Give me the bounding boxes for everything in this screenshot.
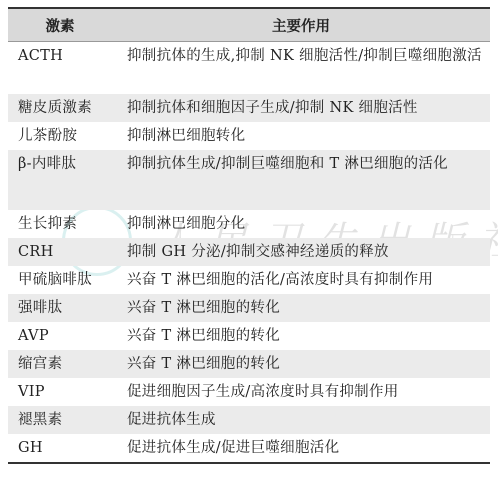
hormone-cell: 糖皮质激素	[8, 94, 112, 122]
effect-cell: 兴奋 T 淋巴细胞的转化	[112, 322, 490, 350]
hormone-cell: 缩宫素	[8, 350, 112, 378]
hormone-cell: AVP	[8, 322, 112, 350]
table-row: ACTH 抑制抗体的生成,抑制 NK 细胞活性/抑制巨噬细胞激活	[8, 42, 490, 95]
table-row: 甲硫脑啡肽 兴奋 T 淋巴细胞的活化/高浓度时具有抑制作用	[8, 266, 490, 294]
hormone-cell: β-内啡肽	[8, 150, 112, 210]
hormone-cell: 生长抑素	[8, 210, 112, 238]
table-row: 强啡肽 兴奋 T 淋巴细胞的转化	[8, 294, 490, 322]
table-row: β-内啡肽 抑制抗体生成/抑制巨噬细胞和 T 淋巴细胞的活化	[8, 150, 490, 210]
effect-cell: 抑制淋巴细胞分化	[112, 210, 490, 238]
hormone-cell: CRH	[8, 238, 112, 266]
effect-cell: 兴奋 T 淋巴细胞的转化	[112, 350, 490, 378]
effect-cell: 兴奋 T 淋巴细胞的活化/高浓度时具有抑制作用	[112, 266, 490, 294]
effect-cell: 抑制淋巴细胞转化	[112, 122, 490, 150]
effect-cell: 抑制 GH 分泌/抑制交感神经递质的释放	[112, 238, 490, 266]
table-row: 儿茶酚胺 抑制淋巴细胞转化	[8, 122, 490, 150]
hormone-cell: GH	[8, 434, 112, 463]
effect-cell: 抑制抗体的生成,抑制 NK 细胞活性/抑制巨噬细胞激活	[112, 42, 490, 95]
effect-cell: 促进抗体生成/促进巨噬细胞活化	[112, 434, 490, 463]
table-row: 缩宫素 兴奋 T 淋巴细胞的转化	[8, 350, 490, 378]
hormone-cell: 甲硫脑啡肽	[8, 266, 112, 294]
table-row: 褪黑素 促进抗体生成	[8, 406, 490, 434]
hormone-cell: ACTH	[8, 42, 112, 95]
hormone-immune-effects-table: 激素 主要作用 ACTH 抑制抗体的生成,抑制 NK 细胞活性/抑制巨噬细胞激活…	[8, 7, 490, 464]
table-row: GH 促进抗体生成/促进巨噬细胞活化	[8, 434, 490, 463]
effect-cell: 抑制抗体生成/抑制巨噬细胞和 T 淋巴细胞的活化	[112, 150, 490, 210]
table-row: VIP 促进细胞因子生成/高浓度时具有抑制作用	[8, 378, 490, 406]
effect-cell: 抑制抗体和细胞因子生成/抑制 NK 细胞活性	[112, 94, 490, 122]
hormone-cell: VIP	[8, 378, 112, 406]
table-header-row: 激素 主要作用	[8, 8, 490, 42]
hormone-cell: 褪黑素	[8, 406, 112, 434]
table-row: AVP 兴奋 T 淋巴细胞的转化	[8, 322, 490, 350]
table-row: CRH 抑制 GH 分泌/抑制交感神经递质的释放	[8, 238, 490, 266]
effect-cell: 兴奋 T 淋巴细胞的转化	[112, 294, 490, 322]
effect-cell: 促进细胞因子生成/高浓度时具有抑制作用	[112, 378, 490, 406]
hormone-cell: 强啡肽	[8, 294, 112, 322]
column-header-hormone: 激素	[8, 8, 112, 42]
table-row: 糖皮质激素 抑制抗体和细胞因子生成/抑制 NK 细胞活性	[8, 94, 490, 122]
effect-cell: 促进抗体生成	[112, 406, 490, 434]
table-row: 生长抑素 抑制淋巴细胞分化	[8, 210, 490, 238]
hormone-immune-effects-table-container: 激素 主要作用 ACTH 抑制抗体的生成,抑制 NK 细胞活性/抑制巨噬细胞激活…	[8, 7, 490, 464]
column-header-main-effect: 主要作用	[112, 8, 490, 42]
hormone-cell: 儿茶酚胺	[8, 122, 112, 150]
